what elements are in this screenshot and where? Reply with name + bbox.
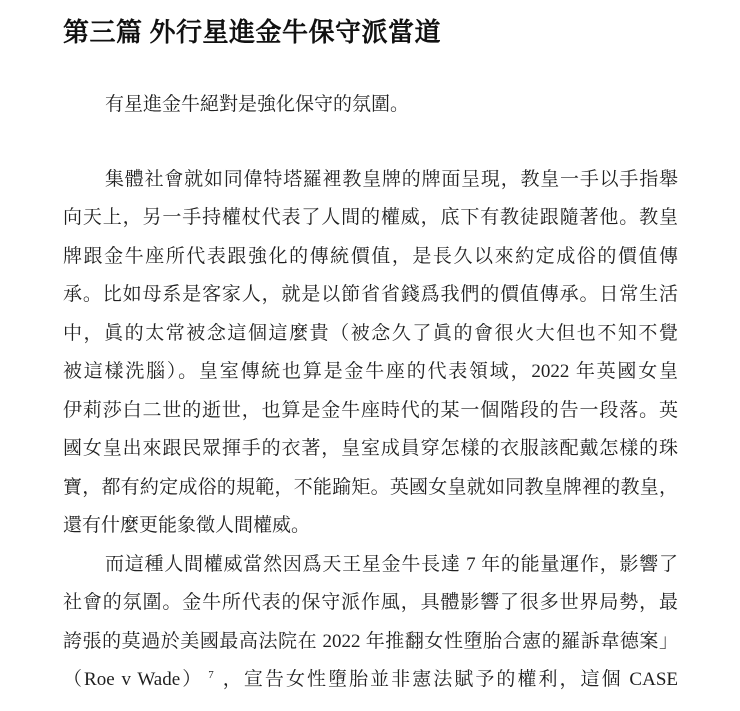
paragraph-line: （Roe v Wade）7，宣告女性墮胎並非憲法賦予的權利，這個 CASE — [63, 661, 678, 700]
paragraph-line: 向天上，另一手持權杖代表了人間的權威，底下有教徒跟隨著他。教皇 — [63, 199, 678, 238]
paragraph-line: 國女皇出來跟民眾揮手的衣著，皇室成員穿怎樣的衣服該配戴怎樣的珠 — [63, 430, 678, 469]
paragraph-line: 集體社會就如同偉特塔羅裡教皇牌的牌面呈現，教皇一手以手指舉 — [63, 161, 678, 200]
paragraph-line: 被這樣洗腦）。皇室傳統也算是金牛座的代表領域，2022 年英國女皇 — [63, 353, 678, 392]
paragraph: 集體社會就如同偉特塔羅裡教皇牌的牌面呈現，教皇一手以手指舉 向天上，另一手持權杖… — [63, 161, 678, 546]
paragraph: 而這種人間權威當然因爲天王星金牛長達 7 年的能量運作，影響了 社會的氛圍。金牛… — [63, 546, 678, 700]
paragraph-line: 伊莉莎白二世的逝世，也算是金牛座時代的某一個階段的告一段落。英 — [63, 392, 678, 431]
line-text-pre: （Roe v Wade） — [63, 669, 203, 690]
paragraph: 有星進金牛絕對是強化保守的氛圍。 — [63, 86, 678, 125]
paragraph-line: 中，眞的太常被念這個這麼貴（被念久了眞的會很火大但也不知不覺 — [63, 315, 678, 354]
paragraph-line: 承。比如母系是客家人，就是以節省省錢爲我們的價值傳承。日常生活 — [63, 276, 678, 315]
paragraph-line: 而這種人間權威當然因爲天王星金牛長達 7 年的能量運作，影響了 — [63, 546, 678, 585]
paragraph-line: 誇張的莫過於美國最高法院在 2022 年推翻女性墮胎合憲的羅訴韋德案」 — [63, 623, 678, 662]
paragraph-line: 寶，都有約定成俗的規範，不能踰矩。英國女皇就如同教皇牌裡的教皇， — [63, 469, 678, 508]
document-page: 第三篇 外行星進金牛保守派當道 有星進金牛絕對是強化保守的氛圍。 集體社會就如同… — [0, 0, 740, 711]
paragraph-line: 社會的氛圍。金牛所代表的保守派作風，具體影響了很多世界局勢，最 — [63, 584, 678, 623]
line-text-post: ，宣告女性墮胎並非憲法賦予的權利，這個 CASE — [221, 669, 678, 690]
chapter-title: 第三篇 外行星進金牛保守派當道 — [63, 13, 678, 53]
paragraph-line: 有星進金牛絕對是強化保守的氛圍。 — [63, 86, 678, 125]
paragraph-line: 牌跟金牛座所代表跟強化的傳統價值，是長久以來約定成俗的價值傳 — [63, 238, 678, 277]
paragraph-line: 還有什麼更能象徵人間權威。 — [63, 507, 678, 546]
footnote-reference: 7 — [208, 669, 214, 681]
